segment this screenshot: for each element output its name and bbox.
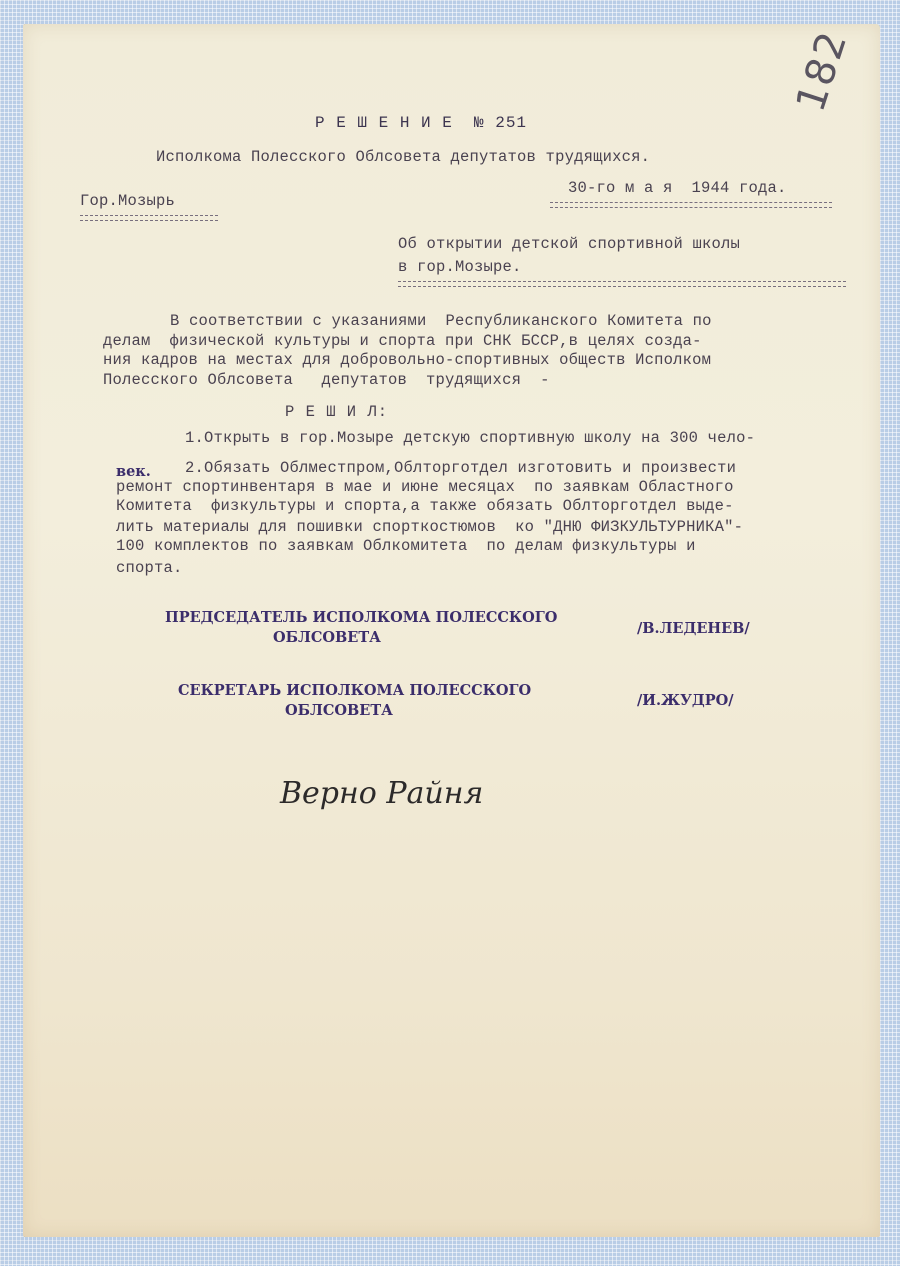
signatory-title: ОБЛСОВЕТА [273,629,381,646]
preamble-line: В соответствии с указаниями Республиканс… [170,312,712,330]
signatory-title: СЕКРЕТАРЬ ИСПОЛКОМА ПОЛЕССКОГО [178,682,531,699]
subject-line-1: Об открытии детской спортивной школы [398,235,740,253]
document-date: 30-го м а я 1944 года. [568,179,787,197]
signatory-name: /В.ЛЕДЕНЕВ/ [637,620,750,637]
document-page: 182 Р Е Ш Е Н И Е № 251 Исполкома Полесс… [23,24,880,1237]
resolution-line: ремонт спортинвентаря в мае и июне месяц… [116,478,734,496]
resolution-line: Комитета физкультуры и спорта,а также об… [116,497,734,515]
document-subtitle: Исполкома Полесского Облсовета депутатов… [156,148,650,166]
handwritten-certification: Верно Райня [280,776,483,811]
resolution-line: 2.Обязать Облместпром,Облторготдел изгот… [185,459,736,477]
document-title: Р Е Ш Е Н И Е № 251 [315,114,527,132]
preamble-line: ния кадров на местах для добровольно-спо… [103,351,711,369]
city-label: Гор.Мозырь [80,192,175,210]
signatory-title: ПРЕДСЕДАТЕЛЬ ИСПОЛКОМА ПОЛЕССКОГО [165,609,557,626]
resolution-line: 1.Открыть в гор.Мозыре детскую спортивну… [185,429,755,447]
resolution-line: спорта. [116,559,183,577]
subject-line-2: в гор.Мозыре. [398,258,522,276]
resolved-label: Р Е Ш И Л: [285,403,388,421]
signatory-title: ОБЛСОВЕТА [285,702,393,719]
preamble-line: делам физической культуры и спорта при С… [103,332,702,350]
signatory-name: /И.ЖУДРО/ [637,692,734,709]
resolution-line: лить материалы для пошивки спорткостюмов… [116,518,743,536]
resolution-line: 100 комплектов по заявкам Облкомитета по… [116,537,696,555]
date-underline [550,202,832,208]
preamble-line: Полесского Облсовета депутатов трудящихс… [103,371,550,389]
subject-underline [398,281,846,287]
city-underline [80,215,218,221]
archive-page-number: 182 [788,25,857,118]
